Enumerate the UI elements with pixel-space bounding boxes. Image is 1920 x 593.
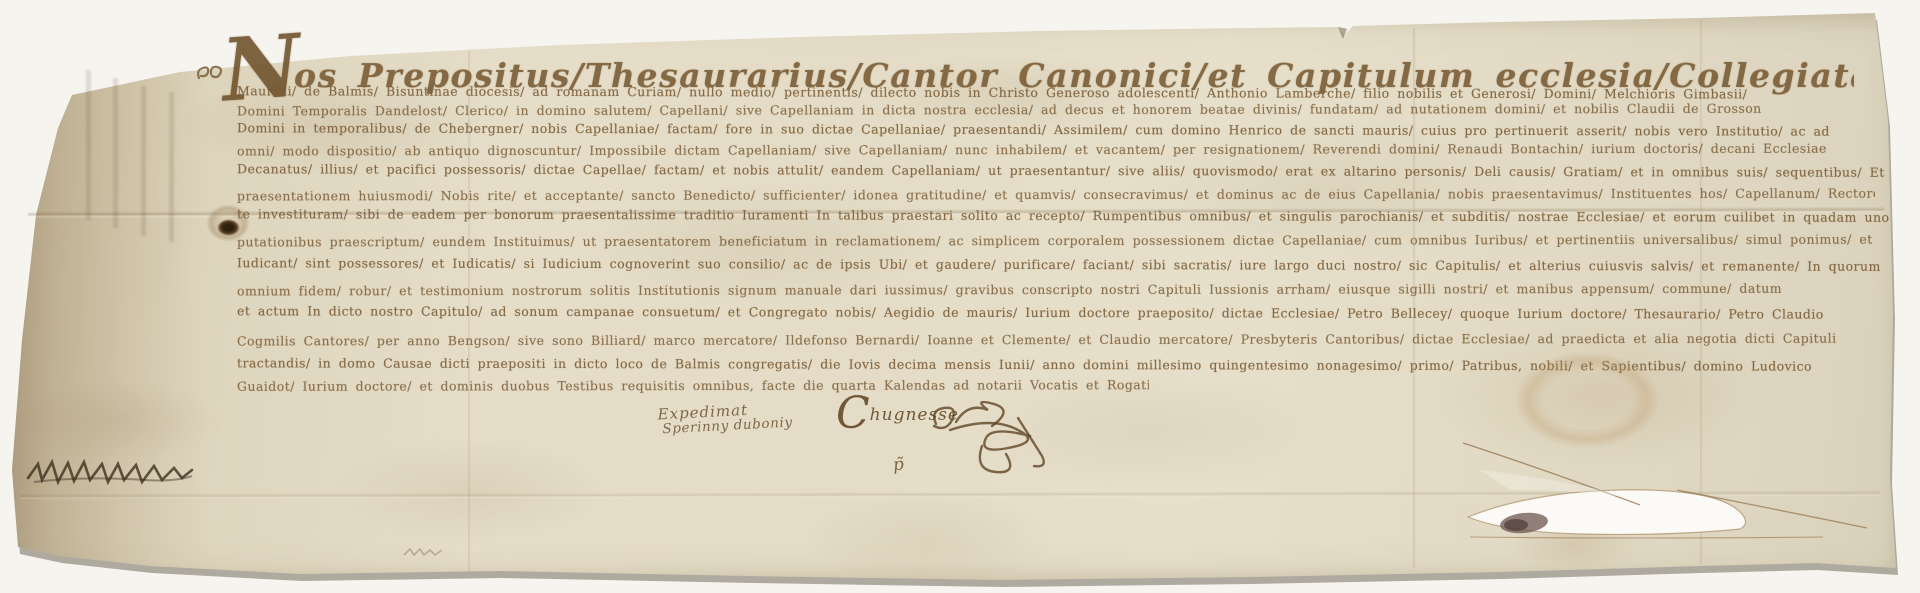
drop-cap-initial: N bbox=[219, 23, 303, 114]
parchment-tear bbox=[1450, 430, 1910, 585]
tear-dark-spot bbox=[1504, 519, 1528, 531]
tear-bottom-line bbox=[1470, 537, 1823, 538]
signature-flourish-icon bbox=[922, 396, 1072, 486]
cancellation-scribble-icon bbox=[24, 452, 199, 492]
body-line: praesentationem huiusmodi/ Nobis rite/ e… bbox=[237, 186, 1875, 204]
body-line: Domini Temporalis Dandelost/ Clerico/ in… bbox=[237, 101, 1877, 119]
body-line: Guaidot/ Iurium doctore/ et dominis duob… bbox=[237, 377, 1149, 394]
body-line: putationibus praescriptum/ eundem Instit… bbox=[237, 232, 1877, 250]
body-line: omni/ modo dispositio/ ab antiquo dignos… bbox=[237, 141, 1879, 159]
photo-stage: N os Prepositus/Thesaurarius/Cantor Cano… bbox=[0, 0, 1920, 593]
faint-smudge-icon bbox=[402, 545, 448, 559]
body-line: omnium fidem/ robur/ et testimonium nost… bbox=[237, 281, 1881, 299]
signature-initial: C bbox=[836, 388, 870, 439]
notary-paraph-mark: p̃ bbox=[892, 454, 905, 475]
initial-flourish-icon bbox=[195, 60, 225, 86]
body-line: Cogmilis Cantores/ per anno Bengson/ siv… bbox=[237, 331, 1885, 349]
